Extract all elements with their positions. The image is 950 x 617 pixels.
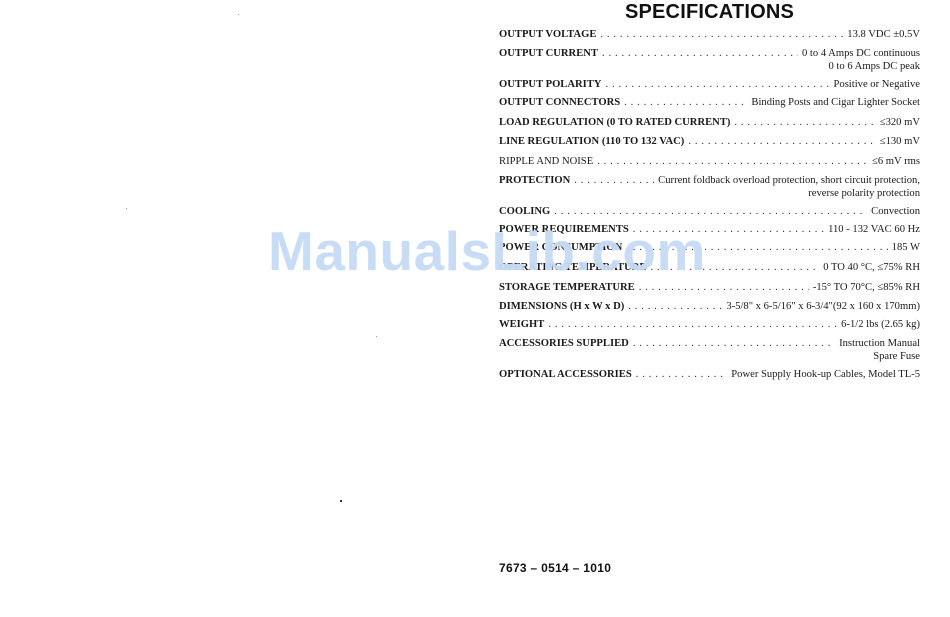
dot-leader: [636, 369, 728, 382]
spec-value: 185 W: [888, 242, 920, 255]
scan-speck: [340, 500, 342, 502]
dot-leader: [734, 117, 875, 130]
spec-value: 0 to 4 Amps DC continuous: [798, 48, 920, 61]
spec-row: OUTPUT POLARITYPositive or Negative: [499, 79, 920, 92]
spec-row: COOLINGConvection: [499, 206, 920, 219]
page-title: SPECIFICATIONS: [499, 0, 920, 24]
spec-label: RIPPLE AND NOISE: [499, 156, 597, 169]
spec-row: LINE REGULATION (110 TO 132 VAC)≤130 mV: [499, 136, 920, 149]
dot-leader: [633, 338, 835, 351]
spec-row: OUTPUT CONNECTORSBinding Posts and Cigar…: [499, 97, 920, 110]
spec-label: OUTPUT CURRENT: [499, 48, 602, 61]
spec-value: ≤320 mV: [876, 117, 920, 130]
dot-leader: [639, 282, 809, 295]
dot-leader: [554, 206, 867, 219]
spec-line: OPTIONAL ACCESSORIESPower Supply Hook-up…: [499, 369, 920, 382]
spec-value: ≤130 mV: [876, 136, 920, 149]
dot-leader: [574, 175, 654, 188]
spec-label: ACCESSORIES SUPPLIED: [499, 338, 633, 351]
spec-line: STORAGE TEMPERATURE-15° TO 70°C, ≤85% RH: [499, 282, 920, 295]
spec-value-continuation: Spare Fuse: [499, 351, 920, 364]
dot-leader: [650, 262, 819, 275]
spec-label: COOLING: [499, 206, 554, 219]
spec-row: OPTIONAL ACCESSORIESPower Supply Hook-up…: [499, 369, 920, 382]
spec-value: Current foldback overload protection, sh…: [654, 175, 920, 188]
spec-line: POWER REQUIREMENTS110 - 132 VAC 60 Hz: [499, 224, 920, 237]
spec-label: PROTECTION: [499, 175, 574, 188]
scan-speck: [126, 208, 127, 209]
dot-leader: [597, 156, 868, 169]
spec-row: OPERATING TEMPERATURE0 TO 40 °C, ≤75% RH: [499, 262, 920, 275]
spec-row: LOAD REGULATION (0 TO RATED CURRENT)≤320…: [499, 117, 920, 130]
spec-label: DIMENSIONS (H x W x D): [499, 301, 628, 314]
spec-value: 3-5/8" x 6-5/16" x 6-3/4"(92 x 160 x 170…: [722, 301, 920, 314]
spec-label: STORAGE TEMPERATURE: [499, 282, 639, 295]
spec-line: OPERATING TEMPERATURE0 TO 40 °C, ≤75% RH: [499, 262, 920, 275]
spec-label: LOAD REGULATION (0 TO RATED CURRENT): [499, 117, 734, 130]
spec-label: POWER CONSUMPTION: [499, 242, 626, 255]
spec-line: PROTECTIONCurrent foldback overload prot…: [499, 175, 920, 188]
spec-row: PROTECTIONCurrent foldback overload prot…: [499, 175, 920, 200]
dot-leader: [624, 97, 747, 110]
dot-leader: [602, 48, 798, 61]
spec-label: OUTPUT VOLTAGE: [499, 29, 600, 42]
spec-line: WEIGHT6-1/2 lbs (2.65 kg): [499, 319, 920, 332]
spec-line: OUTPUT CURRENT0 to 4 Amps DC continuous: [499, 48, 920, 61]
dot-leader: [688, 136, 875, 149]
spec-label: OPTIONAL ACCESSORIES: [499, 369, 636, 382]
spec-line: COOLINGConvection: [499, 206, 920, 219]
dot-leader: [628, 301, 722, 314]
spec-line: OUTPUT CONNECTORSBinding Posts and Cigar…: [499, 97, 920, 110]
spec-line: LINE REGULATION (110 TO 132 VAC)≤130 mV: [499, 136, 920, 149]
spec-value: 0 TO 40 °C, ≤75% RH: [819, 262, 920, 275]
spec-line: OUTPUT VOLTAGE13.8 VDC ±0.5V: [499, 29, 920, 42]
spec-value: 6-1/2 lbs (2.65 kg): [837, 319, 920, 332]
spec-value: 110 - 132 VAC 60 Hz: [824, 224, 920, 237]
spec-value-continuation: reverse polarity protection: [499, 188, 920, 201]
spec-line: LOAD REGULATION (0 TO RATED CURRENT)≤320…: [499, 117, 920, 130]
spec-label: OPERATING TEMPERATURE: [499, 262, 650, 275]
spec-value: Binding Posts and Cigar Lighter Socket: [747, 97, 920, 110]
scan-speck: [376, 336, 377, 337]
dot-leader: [606, 79, 830, 92]
spec-value: ≤6 mV rms: [868, 156, 920, 169]
spec-line: ACCESSORIES SUPPLIEDInstruction Manual: [499, 338, 920, 351]
spec-row: POWER CONSUMPTION185 W: [499, 242, 920, 255]
spec-label: WEIGHT: [499, 319, 548, 332]
spec-row: ACCESSORIES SUPPLIEDInstruction ManualSp…: [499, 338, 920, 363]
spec-value: 13.8 VDC ±0.5V: [843, 29, 920, 42]
spec-value: Convection: [867, 206, 920, 219]
spec-line: POWER CONSUMPTION185 W: [499, 242, 920, 255]
dot-leader: [548, 319, 837, 332]
spec-row: WEIGHT6-1/2 lbs (2.65 kg): [499, 319, 920, 332]
spec-value-continuation: 0 to 6 Amps DC peak: [499, 61, 920, 74]
spec-label: POWER REQUIREMENTS: [499, 224, 633, 237]
spec-value: -15° TO 70°C, ≤85% RH: [809, 282, 920, 295]
spec-row: DIMENSIONS (H x W x D)3-5/8" x 6-5/16" x…: [499, 301, 920, 314]
spec-value: Instruction Manual: [835, 338, 920, 351]
dot-leader: [633, 224, 824, 237]
spec-row: STORAGE TEMPERATURE-15° TO 70°C, ≤85% RH: [499, 282, 920, 295]
spec-value: Positive or Negative: [830, 79, 921, 92]
spec-row: OUTPUT VOLTAGE13.8 VDC ±0.5V: [499, 29, 920, 42]
spec-line: OUTPUT POLARITYPositive or Negative: [499, 79, 920, 92]
spec-label: OUTPUT POLARITY: [499, 79, 606, 92]
spec-row: RIPPLE AND NOISE≤6 mV rms: [499, 156, 920, 169]
spec-row: POWER REQUIREMENTS110 - 132 VAC 60 Hz: [499, 224, 920, 237]
dot-leader: [626, 242, 887, 255]
spec-value: Power Supply Hook-up Cables, Model TL-5: [727, 369, 920, 382]
spec-label: OUTPUT CONNECTORS: [499, 97, 624, 110]
spec-line: RIPPLE AND NOISE≤6 mV rms: [499, 156, 920, 169]
part-number: 7673 – 0514 – 1010: [499, 561, 611, 575]
spec-row: OUTPUT CURRENT0 to 4 Amps DC continuous0…: [499, 48, 920, 73]
scan-speck: [238, 14, 239, 15]
spec-line: DIMENSIONS (H x W x D)3-5/8" x 6-5/16" x…: [499, 301, 920, 314]
spec-label: LINE REGULATION (110 TO 132 VAC): [499, 136, 688, 149]
dot-leader: [600, 29, 843, 42]
